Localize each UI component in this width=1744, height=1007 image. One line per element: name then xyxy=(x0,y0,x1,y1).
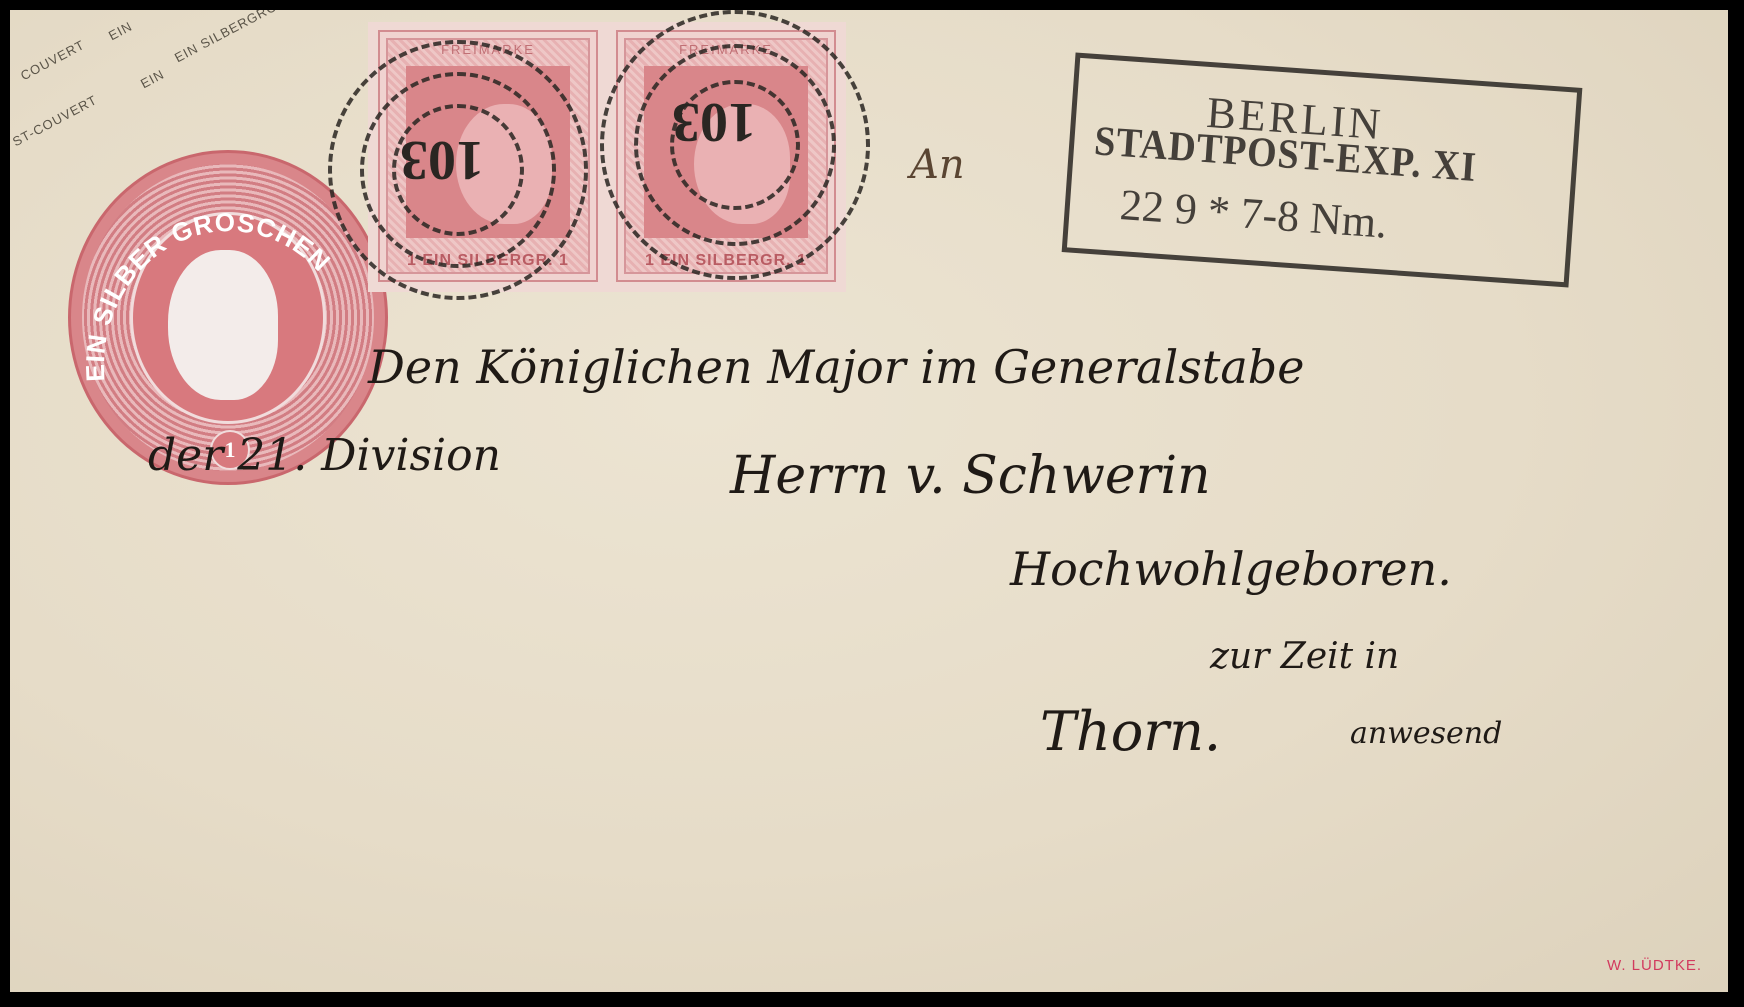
address-line-1: Den Königlichen Major im Generalstabe xyxy=(368,340,1304,394)
imprint-text: EIN SILBERGRO xyxy=(172,10,280,65)
cancel-number: 103 xyxy=(672,90,756,154)
imprint-text: EIN xyxy=(106,18,135,43)
envelope: COUVERT EIN EIN EIN SILBERGRO ST-COUVERT… xyxy=(10,10,1728,992)
imprint-text: ST-COUVERT xyxy=(10,92,100,149)
imprint-text: EIN xyxy=(138,66,167,91)
svg-text:EIN SILBER GROSCHEN: EIN SILBER GROSCHEN xyxy=(80,207,337,382)
address-line-5: zur Zeit in xyxy=(1210,636,1399,677)
berlin-box-postmark: BERLIN STADTPOST-EXP. XI 22 9 * 7-8 Nm. xyxy=(1062,53,1583,288)
address-line-2: der 21. Division xyxy=(148,430,501,481)
postmark-date: 22 9 * 7-8 Nm. xyxy=(1118,179,1389,249)
address-salutation: An xyxy=(910,142,965,188)
expert-signature-mark: W. LÜDTKE. xyxy=(1607,957,1702,974)
imprint-text: COUVERT xyxy=(18,37,87,83)
address-line-3: Herrn v. Schwerin xyxy=(730,446,1211,506)
cancel-number: 103 xyxy=(400,128,484,192)
address-line-6: Thorn. xyxy=(1040,700,1221,763)
address-note: anwesend xyxy=(1350,716,1502,751)
address-line-4: Hochwohlgeboren. xyxy=(1010,542,1452,596)
